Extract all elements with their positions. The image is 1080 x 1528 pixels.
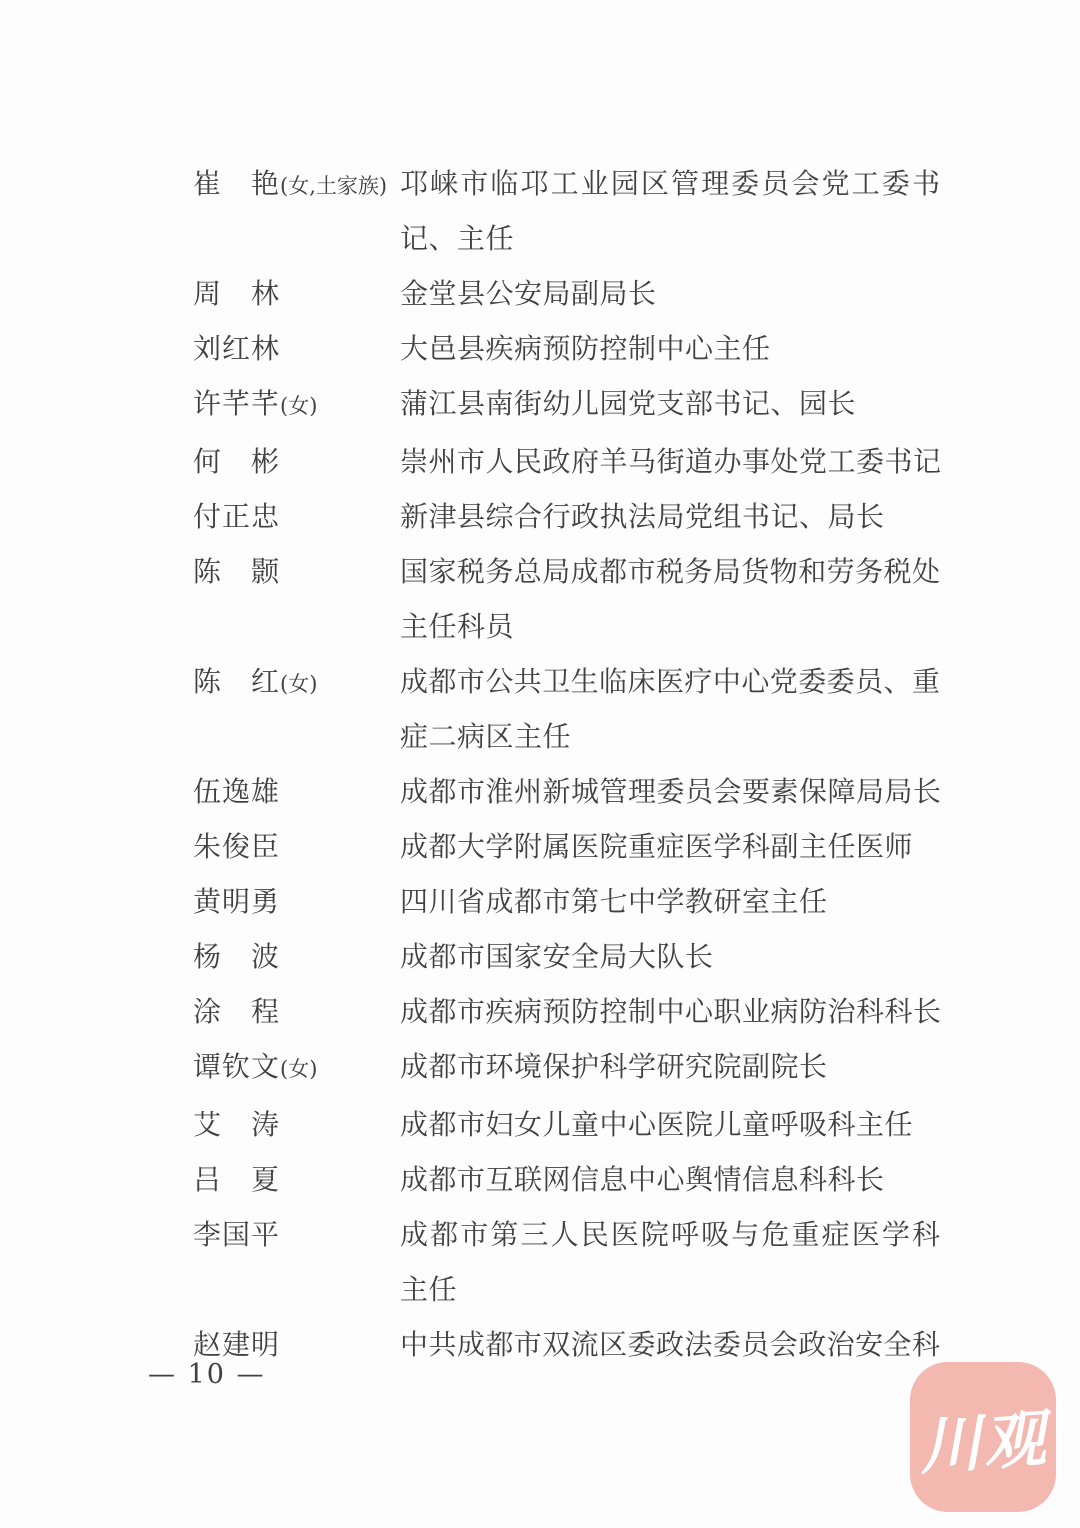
name-cell: 陈 颢 — [193, 544, 400, 599]
title-cell: 成都市国家安全局大队长 — [400, 929, 940, 984]
person-name: 何 彬 — [193, 445, 280, 478]
title-cell: 崇州市人民政府羊马街道办事处党工委书记 — [400, 434, 940, 489]
name-cell: 周 林 — [193, 266, 400, 321]
title-line: 成都市第三人民医院呼吸与危重症医学科 — [400, 1207, 940, 1262]
title-cell: 新津县综合行政执法局党组书记、局长 — [400, 489, 940, 544]
title-cell: 成都市妇女儿童中心医院儿童呼吸科主任 — [400, 1097, 940, 1152]
entry-row: 何 彬崇州市人民政府羊马街道办事处党工委书记 — [193, 434, 953, 489]
title-line: 中共成都市双流区委政法委员会政治安全科 — [400, 1317, 940, 1372]
person-name: 刘红林 — [193, 332, 280, 365]
name-cell: 谭钦文(女) — [193, 1039, 400, 1097]
title-line: 成都大学附属医院重症医学科副主任医师 — [400, 819, 940, 874]
title-line: 成都市互联网信息中心舆情信息科科长 — [400, 1152, 940, 1207]
title-line: 国家税务总局成都市税务局货物和劳务税处 — [400, 544, 940, 599]
gender-ethnicity-note: (女) — [280, 1057, 317, 1081]
name-cell: 杨 波 — [193, 929, 400, 984]
person-name: 赵建明 — [193, 1328, 280, 1361]
person-name: 李国平 — [193, 1218, 280, 1251]
person-name: 杨 波 — [193, 940, 280, 973]
person-name: 艾 涛 — [193, 1108, 280, 1141]
title-line: 新津县综合行政执法局党组书记、局长 — [400, 489, 940, 544]
title-line: 四川省成都市第七中学教研室主任 — [400, 874, 940, 929]
title-line: 症二病区主任 — [400, 709, 940, 764]
gender-ethnicity-note: (女,土家族) — [280, 174, 387, 198]
title-cell: 中共成都市双流区委政法委员会政治安全科 — [400, 1317, 940, 1372]
name-cell: 李国平 — [193, 1207, 400, 1262]
person-name: 涂 程 — [193, 995, 280, 1028]
chuanguan-logo-text: 川观 — [916, 1388, 1050, 1486]
person-name: 伍逸雄 — [193, 775, 280, 808]
name-cell: 伍逸雄 — [193, 764, 400, 819]
name-cell: 许芊芊(女) — [193, 376, 400, 434]
title-line: 大邑县疾病预防控制中心主任 — [400, 321, 940, 376]
title-line: 主任 — [400, 1262, 940, 1317]
entry-row: 朱俊臣成都大学附属医院重症医学科副主任医师 — [193, 819, 953, 874]
person-name: 吕 夏 — [193, 1163, 280, 1196]
entry-row: 陈 颢国家税务总局成都市税务局货物和劳务税处主任科员 — [193, 544, 953, 654]
name-cell: 刘红林 — [193, 321, 400, 376]
person-name: 崔 艳 — [193, 167, 280, 200]
entry-row: 吕 夏成都市互联网信息中心舆情信息科科长 — [193, 1152, 953, 1207]
title-cell: 成都市淮州新城管理委员会要素保障局局长 — [400, 764, 940, 819]
entry-row: 艾 涛成都市妇女儿童中心医院儿童呼吸科主任 — [193, 1097, 953, 1152]
name-cell: 陈 红(女) — [193, 654, 400, 712]
entry-row: 涂 程成都市疾病预防控制中心职业病防治科科长 — [193, 984, 953, 1039]
commendation-name-list: 崔 艳(女,土家族)邛崃市临邛工业园区管理委员会党工委书记、主任周 林金堂县公安… — [193, 156, 953, 1372]
title-line: 成都市环境保护科学研究院副院长 — [400, 1039, 940, 1094]
person-name: 周 林 — [193, 277, 280, 310]
person-name: 黄明勇 — [193, 885, 280, 918]
title-line: 蒲江县南街幼儿园党支部书记、园长 — [400, 376, 940, 431]
name-cell: 崔 艳(女,土家族) — [193, 156, 400, 214]
person-name: 谭钦文 — [193, 1050, 280, 1083]
title-line: 成都市淮州新城管理委员会要素保障局局长 — [400, 764, 940, 819]
title-line: 成都市国家安全局大队长 — [400, 929, 940, 984]
entry-row: 崔 艳(女,土家族)邛崃市临邛工业园区管理委员会党工委书记、主任 — [193, 156, 953, 266]
entry-row: 陈 红(女)成都市公共卫生临床医疗中心党委委员、重症二病区主任 — [193, 654, 953, 764]
entry-row: 谭钦文(女)成都市环境保护科学研究院副院长 — [193, 1039, 953, 1097]
title-line: 金堂县公安局副局长 — [400, 266, 940, 321]
title-cell: 成都大学附属医院重症医学科副主任医师 — [400, 819, 940, 874]
title-cell: 成都市公共卫生临床医疗中心党委委员、重症二病区主任 — [400, 654, 940, 764]
person-name: 许芊芊 — [193, 387, 280, 420]
name-cell: 何 彬 — [193, 434, 400, 489]
entry-row: 赵建明中共成都市双流区委政法委员会政治安全科 — [193, 1317, 953, 1372]
name-cell: 涂 程 — [193, 984, 400, 1039]
title-cell: 大邑县疾病预防控制中心主任 — [400, 321, 940, 376]
person-name: 朱俊臣 — [193, 830, 280, 863]
person-name: 陈 颢 — [193, 555, 280, 588]
entry-row: 黄明勇四川省成都市第七中学教研室主任 — [193, 874, 953, 929]
name-cell: 朱俊臣 — [193, 819, 400, 874]
title-cell: 成都市疾病预防控制中心职业病防治科科长 — [400, 984, 940, 1039]
title-cell: 成都市第三人民医院呼吸与危重症医学科主任 — [400, 1207, 940, 1317]
name-cell: 吕 夏 — [193, 1152, 400, 1207]
chuanguan-news-watermark: 川观 — [910, 1362, 1056, 1512]
title-line: 邛崃市临邛工业园区管理委员会党工委书 — [400, 156, 940, 211]
entry-row: 付正忠新津县综合行政执法局党组书记、局长 — [193, 489, 953, 544]
person-name: 付正忠 — [193, 500, 280, 533]
gender-ethnicity-note: (女) — [280, 394, 317, 418]
entry-row: 刘红林大邑县疾病预防控制中心主任 — [193, 321, 953, 376]
title-cell: 国家税务总局成都市税务局货物和劳务税处主任科员 — [400, 544, 940, 654]
title-line: 主任科员 — [400, 599, 940, 654]
title-line: 记、主任 — [400, 211, 940, 266]
name-cell: 黄明勇 — [193, 874, 400, 929]
title-line: 成都市疾病预防控制中心职业病防治科科长 — [400, 984, 940, 1039]
title-line: 成都市公共卫生临床医疗中心党委委员、重 — [400, 654, 940, 709]
title-cell: 四川省成都市第七中学教研室主任 — [400, 874, 940, 929]
title-line: 成都市妇女儿童中心医院儿童呼吸科主任 — [400, 1097, 940, 1152]
title-cell: 成都市环境保护科学研究院副院长 — [400, 1039, 940, 1094]
person-name: 陈 红 — [193, 665, 280, 698]
title-cell: 金堂县公安局副局长 — [400, 266, 940, 321]
gender-ethnicity-note: (女) — [280, 672, 317, 696]
entry-row: 周 林金堂县公安局副局长 — [193, 266, 953, 321]
entry-row: 李国平成都市第三人民医院呼吸与危重症医学科主任 — [193, 1207, 953, 1317]
entry-row: 许芊芊(女)蒲江县南街幼儿园党支部书记、园长 — [193, 376, 953, 434]
title-cell: 成都市互联网信息中心舆情信息科科长 — [400, 1152, 940, 1207]
page-number: — 10 — — [148, 1358, 266, 1392]
title-cell: 蒲江县南街幼儿园党支部书记、园长 — [400, 376, 940, 431]
entry-row: 伍逸雄成都市淮州新城管理委员会要素保障局局长 — [193, 764, 953, 819]
title-line: 崇州市人民政府羊马街道办事处党工委书记 — [400, 434, 940, 489]
title-cell: 邛崃市临邛工业园区管理委员会党工委书记、主任 — [400, 156, 940, 266]
name-cell: 艾 涛 — [193, 1097, 400, 1152]
entry-row: 杨 波成都市国家安全局大队长 — [193, 929, 953, 984]
name-cell: 付正忠 — [193, 489, 400, 544]
